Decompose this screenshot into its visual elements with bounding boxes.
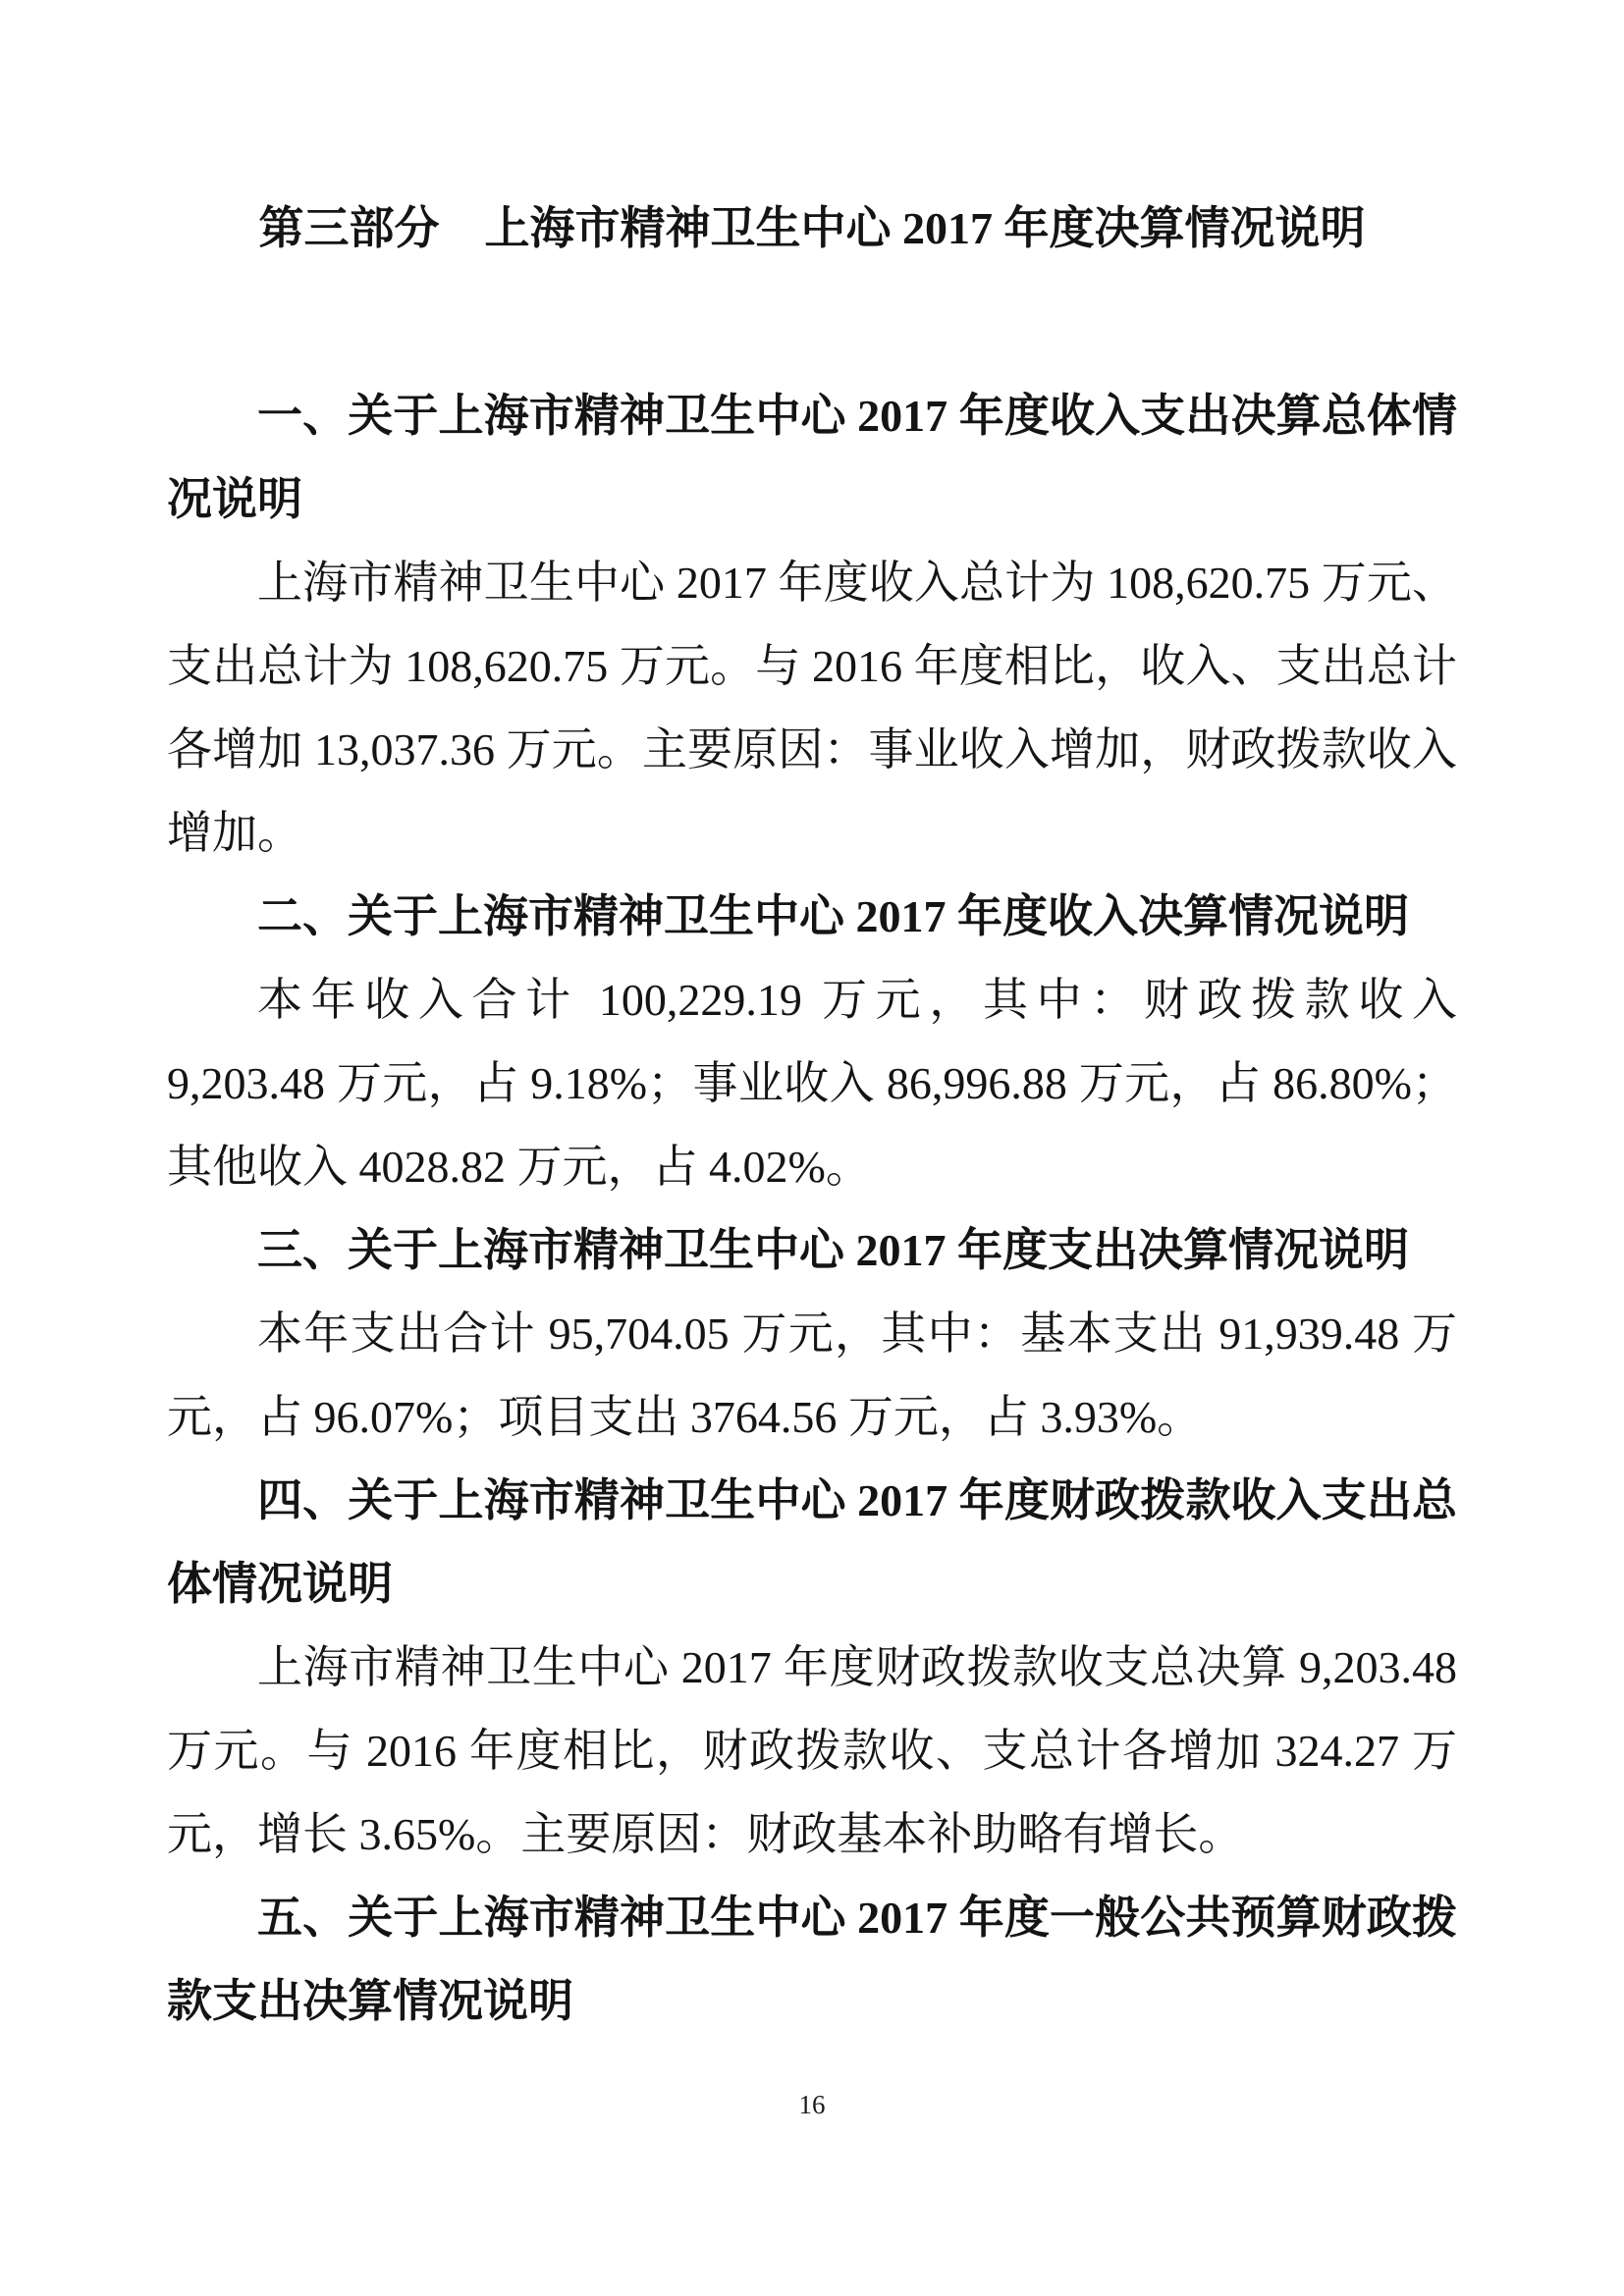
section-5-heading: 五、关于上海市精神卫生中心 2017 年度一般公共预算财政拨款支出决算情况说明 bbox=[167, 1876, 1457, 2043]
section-1-heading: 一、关于上海市精神卫生中心 2017 年度收入支出决算总体情况说明 bbox=[167, 374, 1457, 541]
document-page: 第三部分 上海市精神卫生中心 2017 年度决算情况说明 一、关于上海市精神卫生… bbox=[0, 0, 1624, 2296]
section-2-heading: 二、关于上海市精神卫生中心 2017 年度收入决算情况说明 bbox=[167, 875, 1457, 958]
section-2-paragraph: 本年收入合计 100,229.19 万元，其中：财政拨款收入 9,203.48 … bbox=[167, 958, 1457, 1208]
document-title: 第三部分 上海市精神卫生中心 2017 年度决算情况说明 bbox=[167, 201, 1457, 256]
section-4-paragraph: 上海市精神卫生中心 2017 年度财政拨款收支总决算 9,203.48 万元。与… bbox=[167, 1626, 1457, 1876]
section-4-heading: 四、关于上海市精神卫生中心 2017 年度财政拨款收入支出总体情况说明 bbox=[167, 1459, 1457, 1626]
page-number: 16 bbox=[0, 2089, 1624, 2120]
section-3-heading: 三、关于上海市精神卫生中心 2017 年度支出决算情况说明 bbox=[167, 1208, 1457, 1292]
page-content: 第三部分 上海市精神卫生中心 2017 年度决算情况说明 一、关于上海市精神卫生… bbox=[0, 0, 1624, 2043]
document-body: 一、关于上海市精神卫生中心 2017 年度收入支出决算总体情况说明 上海市精神卫… bbox=[167, 374, 1457, 2043]
section-1-paragraph: 上海市精神卫生中心 2017 年度收入总计为 108,620.75 万元、支出总… bbox=[167, 541, 1457, 875]
section-3-paragraph: 本年支出合计 95,704.05 万元，其中：基本支出 91,939.48 万元… bbox=[167, 1292, 1457, 1459]
